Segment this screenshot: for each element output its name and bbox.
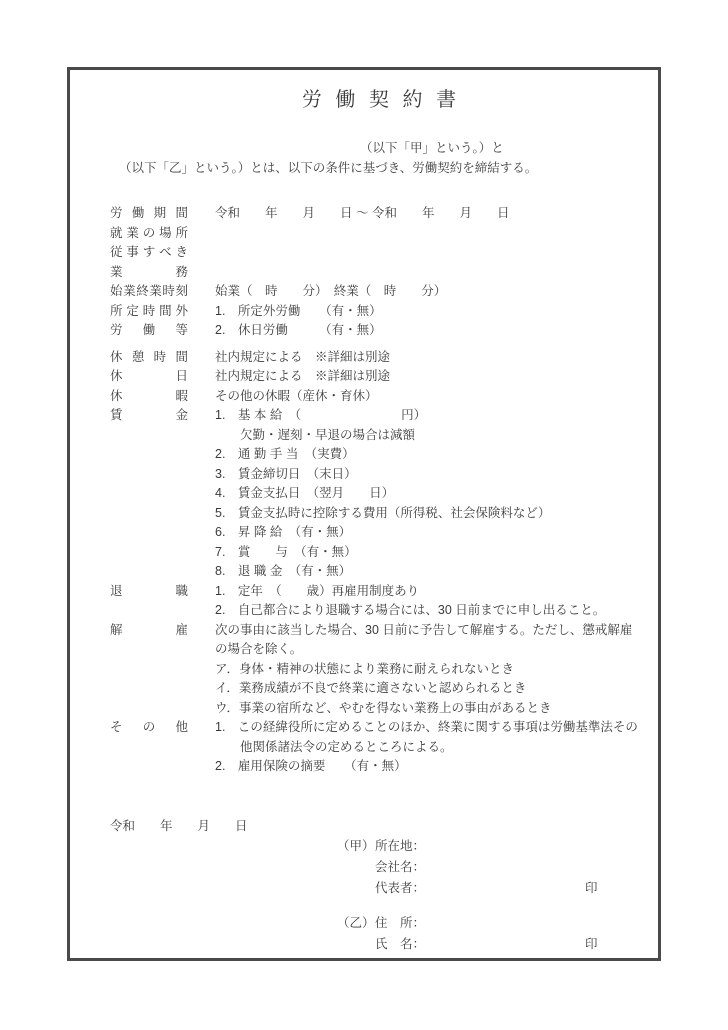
table-row: 労 働 期 間 令和 年 月 日 ～ 令和 年 月 日 [110, 204, 652, 224]
party-label [337, 878, 375, 899]
row-text: 1. 定年 （ 歳）再雇用制度あり [215, 582, 419, 602]
row-label [110, 484, 188, 504]
row-label [110, 426, 188, 446]
row-label: 所 定 時 間 外 [110, 302, 188, 322]
row-text: 他関係諸法令の定めるところによる。 [240, 738, 453, 758]
sig-field-label: 会社名： [375, 857, 585, 878]
table-row: ウ．事業の宿所など、やむを得ない業務上の事由があるとき [110, 699, 652, 719]
row-text: 6. 昇 降 給 （有・無） [215, 523, 351, 543]
row-label [110, 640, 188, 660]
row-label: 退 職 [110, 582, 188, 602]
table-row: 所 定 時 間 外 1. 所定外労働 （有・無） [110, 302, 652, 322]
intro-line-party-b: （以下「乙」という。）とは、以下の条件に基づき、労働契約を締結する。 [119, 158, 652, 178]
table-row: そ の 他 1. この経緯役所に定めることのほか、終業に関する事項は労働基準法そ… [110, 718, 652, 738]
sig-field-label: 氏 名： [375, 934, 585, 955]
table-row: 7. 賞 与 （有・無） [110, 543, 652, 563]
row-text: 5. 賃金支払時に控除する費用（所得税、社会保険料など） [215, 504, 550, 524]
row-label: 従 事 す べ き [110, 243, 188, 263]
sig-field-label: 住 所： [375, 913, 585, 934]
row-label [110, 738, 188, 758]
table-row: 5. 賃金支払時に控除する費用（所得税、社会保険料など） [110, 504, 652, 524]
row-text: の場合を除く。 [215, 640, 302, 660]
table-row: 従 事 す べ き [110, 243, 652, 263]
row-label: 就 業 の 場 所 [110, 224, 188, 244]
row-label [110, 601, 188, 621]
row-text: 社内規定による ※詳細は別途 [215, 367, 390, 387]
row-text: 4. 賃金支払日 （翌月 日） [215, 484, 394, 504]
row-text: 1. この経緯役所に定めることのほか、終業に関する事項は労働基準法その [215, 718, 638, 738]
contract-terms-table: 労 働 期 間 令和 年 月 日 ～ 令和 年 月 日 就 業 の 場 所 従 … [110, 204, 652, 777]
table-row: 2. 自己都合により退職する場合には、30 日前までに申し出ること。 [110, 601, 652, 621]
row-label [110, 660, 188, 680]
row-label: 休 日 [110, 367, 188, 387]
table-row: の場合を除く。 [110, 640, 652, 660]
intro-paragraph: （以下「甲」という。）と （以下「乙」という。）とは、以下の条件に基づき、労働契… [110, 138, 652, 178]
row-text: ア．身体・精神の状態により業務に耐えられないとき [215, 660, 514, 680]
signature-row: 会社名： [337, 857, 652, 878]
row-label: 始業終業時刻 [110, 282, 188, 302]
table-row: 休 日 社内規定による ※詳細は別途 [110, 367, 652, 387]
table-row: 始業終業時刻 始業（ 時 分） 終業（ 時 分） [110, 282, 652, 302]
table-row: 3. 賃金締切日 （末日） [110, 465, 652, 485]
table-row: 労 働 等 2. 休日労働 （有・無） [110, 321, 652, 341]
row-text: 2. 雇用保険の摘要 （有・無） [215, 757, 407, 777]
row-label: 業 務 [110, 263, 188, 283]
row-label [110, 504, 188, 524]
row-text: 始業（ 時 分） 終業（ 時 分） [215, 282, 446, 302]
row-text: 7. 賞 与 （有・無） [215, 543, 357, 563]
table-row: 8. 退 職 金 （有・無） [110, 562, 652, 582]
sig-field-label: 所在地： [375, 836, 585, 857]
row-label [110, 757, 188, 777]
document-title: 労 働 契 約 書 [110, 88, 652, 112]
row-label [110, 679, 188, 699]
table-row: 2. 雇用保険の摘要 （有・無） [110, 757, 652, 777]
row-text: 1. 所定外労働 （有・無） [215, 302, 382, 322]
row-text: 2. 休日労働 （有・無） [215, 321, 382, 341]
row-text: 8. 退 職 金 （有・無） [215, 562, 351, 582]
row-label [110, 445, 188, 465]
party-label [337, 857, 375, 878]
row-label [110, 699, 188, 719]
sig-field-label: 代表者： [375, 878, 585, 899]
table-row: 2. 通 勤 手 当 （実費） [110, 445, 652, 465]
row-label [110, 543, 188, 563]
table-row: 他関係諸法令の定めるところによる。 [110, 738, 652, 758]
row-label: 休 暇 [110, 387, 188, 407]
table-row: 退 職 1. 定年 （ 歳）再雇用制度あり [110, 582, 652, 602]
table-row: ア．身体・精神の状態により業務に耐えられないとき [110, 660, 652, 680]
row-label [110, 562, 188, 582]
row-label [110, 523, 188, 543]
signature-party-b: （乙） 住 所： 氏 名： 印 [337, 913, 652, 955]
table-row: 解 雇 次の事由に該当した場合、30 日前に予告して解雇する。ただし、懲戒解雇 [110, 621, 652, 641]
party-label: （甲） [337, 836, 375, 857]
row-text: 3. 賃金締切日 （末日） [215, 465, 357, 485]
row-text: 社内規定による ※詳細は別途 [215, 348, 390, 368]
row-label: 労 働 期 間 [110, 204, 188, 224]
row-text: 2. 自己都合により退職する場合には、30 日前までに申し出ること。 [215, 601, 605, 621]
table-row: 賃 金 1. 基 本 給 （ 円） [110, 406, 652, 426]
signature-block: （甲） 所在地： 会社名： 代表者： 印 （乙） 住 [337, 836, 652, 955]
seal-mark: 印 [585, 878, 598, 899]
row-text: イ．業務成績が不良で終業に適さないと認められるとき [215, 679, 526, 699]
party-label [337, 934, 375, 955]
table-row: 4. 賃金支払日 （翌月 日） [110, 484, 652, 504]
table-row: 休 憩 時 間 社内規定による ※詳細は別途 [110, 348, 652, 368]
row-label: 労 働 等 [110, 321, 188, 341]
row-text: 次の事由に該当した場合、30 日前に予告して解雇する。ただし、懲戒解雇 [215, 621, 632, 641]
table-row: 欠勤・遅刻・早退の場合は減額 [110, 426, 652, 446]
row-text: ウ．事業の宿所など、やむを得ない業務上の事由があるとき [215, 699, 552, 719]
contract-sheet: 労 働 契 約 書 （以下「甲」という。）と （以下「乙」という。）とは、以下の… [0, 0, 728, 1030]
table-row: 就 業 の 場 所 [110, 224, 652, 244]
party-label: （乙） [337, 913, 375, 934]
table-row: 6. 昇 降 給 （有・無） [110, 523, 652, 543]
row-text: 欠勤・遅刻・早退の場合は減額 [240, 426, 415, 446]
row-text: その他の休暇（産休・育休） [215, 387, 378, 407]
row-label: 解 雇 [110, 621, 188, 641]
table-row: 業 務 [110, 263, 652, 283]
row-text: 令和 年 月 日 ～ 令和 年 月 日 [215, 204, 509, 224]
row-label: そ の 他 [110, 718, 188, 738]
row-label: 休 憩 時 間 [110, 348, 188, 368]
row-label: 賃 金 [110, 406, 188, 426]
seal-mark: 印 [585, 934, 598, 955]
row-text: 2. 通 勤 手 当 （実費） [215, 445, 355, 465]
table-row: イ．業務成績が不良で終業に適さないと認められるとき [110, 679, 652, 699]
signature-row: 代表者： 印 [337, 878, 652, 899]
intro-line-party-a: （以下「甲」という。）と [360, 138, 652, 158]
signature-row: 氏 名： 印 [337, 934, 652, 955]
row-label [110, 465, 188, 485]
signature-party-a: （甲） 所在地： 会社名： 代表者： 印 [337, 836, 652, 899]
signature-row: （甲） 所在地： [337, 836, 652, 857]
document-border: 労 働 契 約 書 （以下「甲」という。）と （以下「乙」という。）とは、以下の… [67, 67, 661, 961]
signature-date-line: 令和 年 月 日 [110, 817, 652, 837]
row-text: 1. 基 本 給 （ 円） [215, 406, 426, 426]
table-row: 休 暇 その他の休暇（産休・育休） [110, 387, 652, 407]
signature-row: （乙） 住 所： [337, 913, 652, 934]
